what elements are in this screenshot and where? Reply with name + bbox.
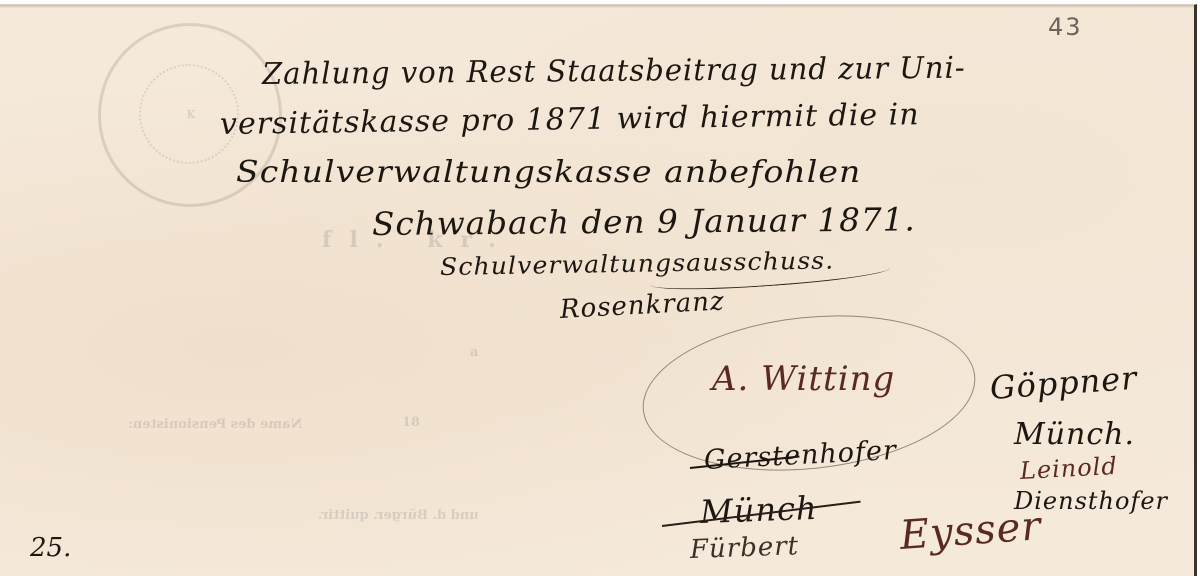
body-line-2: versitätskasse pro 1871 wird hiermit die… [220, 97, 920, 142]
ghost-bottom-line: und d. Bürger. quittir. [318, 508, 479, 523]
body-line-3: Schulverwaltungskasse anbefohlen [236, 155, 861, 190]
signature-witting: A. Witting [712, 359, 895, 399]
paper-top-edge [0, 5, 1194, 8]
ghost-number: 18 [402, 415, 420, 430]
signature-rosenkranz: Rosenkranz [559, 286, 725, 325]
archive-number: 43 [1048, 13, 1083, 41]
document-sheet: K fl. kr. a Name des Pensionisten: 18 un… [0, 4, 1197, 575]
stamp-text: K [161, 108, 221, 121]
signature-goppner: Göppner [989, 359, 1139, 407]
place-date-line: Schwabach den 9 Januar 1871. [372, 200, 916, 243]
signature-leinold: Leinold [1019, 452, 1118, 485]
ghost-name-label: Name des Pensionisten: [128, 417, 302, 432]
signature-furbert: Fürbert [689, 531, 799, 565]
page-number: 25. [30, 533, 71, 563]
signature-eysser: Eysser [898, 503, 1043, 559]
ghost-small-a: a [470, 345, 478, 360]
body-line-1: Zahlung von Rest Staatsbeitrag und zur U… [262, 51, 966, 92]
signature-munch-right: Münch. [1014, 417, 1135, 452]
